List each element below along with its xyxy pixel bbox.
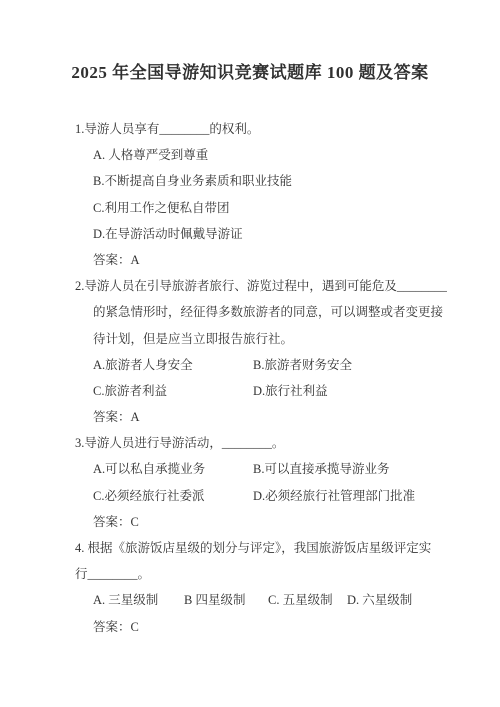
- question-1-option-a: A. 人格尊严受到尊重: [75, 142, 470, 168]
- question-4-option-c: C. 五星级制: [268, 587, 347, 613]
- question-1-stem: 1.导游人员享有________的权利。: [75, 116, 470, 142]
- question-1-option-b: B.不断提高自身业务素质和职业技能: [75, 168, 470, 194]
- question-4-answer: 答案：C: [75, 614, 470, 640]
- question-2-answer: 答案：A: [75, 404, 470, 430]
- question-2-option-row-2: C.旅游者利益D.旅行社利益: [75, 378, 470, 404]
- question-4: 4. 根据《旅游饭店星级的划分与评定》，我国旅游饭店星级评定实 行_______…: [75, 535, 470, 640]
- question-2-stem-line-1: 2.导游人员在引导旅游者旅行、游览过程中，遇到可能危及________: [75, 273, 470, 299]
- question-1-answer: 答案：A: [75, 247, 470, 273]
- question-2: 2.导游人员在引导旅游者旅行、游览过程中，遇到可能危及________ 的紧急情…: [75, 273, 470, 430]
- question-3-option-a: A.可以私自承揽业务: [93, 456, 253, 482]
- question-2-option-b: B.旅游者财务安全: [253, 358, 352, 372]
- question-3-stem: 3.导游人员进行导游活动，________。: [75, 430, 470, 456]
- question-4-option-b: B 四星级制: [184, 587, 268, 613]
- question-2-stem-line-3: 待计划，但是应当立即报告旅行社。: [75, 326, 470, 352]
- document-page: 2025 年全国导游知识竞赛试题库 100 题及答案 1.导游人员享有_____…: [0, 0, 500, 707]
- question-3-option-d: D.必须经旅行社管理部门批准: [253, 489, 415, 503]
- question-4-stem-line-2: 行________。: [75, 561, 470, 587]
- question-4-stem-line-1: 4. 根据《旅游饭店星级的划分与评定》，我国旅游饭店星级评定实: [75, 535, 470, 561]
- document-title: 2025 年全国导游知识竞赛试题库 100 题及答案: [0, 0, 500, 83]
- question-1: 1.导游人员享有________的权利。 A. 人格尊严受到尊重 B.不断提高自…: [75, 116, 470, 273]
- question-3-option-c: C.必须经旅行社委派: [93, 483, 253, 509]
- question-1-option-d: D.在导游活动时佩戴导游证: [75, 221, 470, 247]
- question-3: 3.导游人员进行导游活动，________。 A.可以私自承揽业务B.可以直接承…: [75, 430, 470, 535]
- question-4-option-d: D. 六星级制: [347, 593, 412, 607]
- document-body: 1.导游人员享有________的权利。 A. 人格尊严受到尊重 B.不断提高自…: [0, 116, 500, 640]
- question-3-option-row-1: A.可以私自承揽业务B.可以直接承揽导游业务: [75, 456, 470, 482]
- question-2-stem-line-2: 的紧急情形时，经征得多数旅游者的同意，可以调整或者变更接: [75, 299, 470, 325]
- question-4-option-a: A. 三星级制: [93, 587, 184, 613]
- question-3-answer: 答案：C: [75, 509, 470, 535]
- question-2-option-row-1: A.旅游者人身安全B.旅游者财务安全: [75, 352, 470, 378]
- question-3-option-b: B.可以直接承揽导游业务: [253, 462, 389, 476]
- question-2-option-c: C.旅游者利益: [93, 378, 253, 404]
- question-4-option-row: A. 三星级制B 四星级制C. 五星级制D. 六星级制: [75, 587, 470, 613]
- question-3-option-row-2: C.必须经旅行社委派D.必须经旅行社管理部门批准: [75, 483, 470, 509]
- question-2-option-d: D.旅行社利益: [253, 384, 328, 398]
- question-1-option-c: C.利用工作之便私自带团: [75, 195, 470, 221]
- question-2-option-a: A.旅游者人身安全: [93, 352, 253, 378]
